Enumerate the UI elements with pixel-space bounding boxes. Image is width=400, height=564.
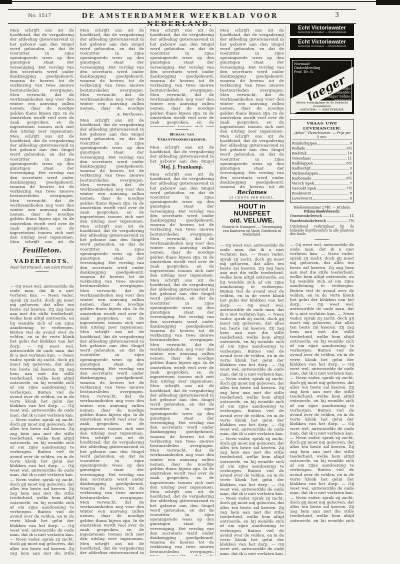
hout-ad-line2: o/d. VELUWE. — [220, 217, 284, 224]
hout-ad-line1: HOUT in NUNSPEET — [220, 203, 284, 217]
jaeger-footer-line: «BENGER» — AMSTERDAM. — [292, 108, 352, 112]
reclames-label: Reclames — [220, 189, 284, 196]
column-3: Men schrijft ons uit de hoofdstad, dat d… — [150, 28, 214, 556]
hout-ad-caption: Notaris te Nunspeet. — Vereeniging van K… — [220, 226, 284, 237]
masthead-title: DE AMSTERDAMMER WEEKBLAD VOOR NEDERLAND. — [60, 12, 300, 28]
jaeger-footer-line: Alleen verkrijgbaar in de bekende magazi… — [292, 101, 352, 108]
heavy-rule — [220, 201, 284, 202]
page-number: 3 — [318, 12, 356, 19]
feuilleton-label: Feuilleton. — [10, 247, 74, 255]
issue-number: No. 1517 — [28, 13, 51, 19]
divider — [36, 256, 49, 257]
column-1: Men schrijft ons uit de hoofdstad, dat d… — [10, 28, 74, 556]
victoriawater-ad: Echt Victoriawater natuurlijk bronwater … — [290, 24, 354, 36]
price-value: 6 — [350, 196, 352, 201]
column-text: — Gij weet wel, antwoordde de oude man, … — [10, 284, 74, 556]
price-value: 7½ — [348, 219, 354, 224]
section-heading-text: Bureau van Verantwoordelijkheid. — [150, 132, 214, 142]
column-text: Men schrijft ons uit de hoofdstad, dat d… — [150, 28, 214, 127]
jaeger-ad-topleft-text: Normaal- Onderkleeding Prof. Dr. G. — [294, 62, 320, 74]
jaeger-top-line: Prof. Dr. G. — [294, 70, 320, 74]
jaeger-ad-footer: Alleen verkrijgbaar in de bekende magazi… — [292, 101, 352, 113]
column-4: Men schrijft ons uit de hoofdstad, dat d… — [220, 28, 284, 556]
price-row: Paardenrookvleesch7½ — [290, 219, 354, 224]
victoriawater-subtitle: natuurlijk bronwater — Oberlahnstein — [290, 45, 354, 48]
price-item: Leverworst — [292, 196, 312, 201]
newspaper-page: No. 1517 DE AMSTERDAMMER WEEKBLAD VOOR N… — [0, 0, 400, 564]
scan-artifact — [0, 0, 12, 4]
column-text: Men schrijft ons uit de hoofdstad, dat d… — [150, 172, 214, 556]
header-rule-top — [8, 9, 356, 10]
section-heading: Bureau van Verantwoordelijkheid. — [150, 127, 214, 145]
price-list-subheader: „Anker” Vleeschwaren. — Prijs per 5 ons: — [292, 131, 352, 140]
reclame-hout-ad: Reclames 25 CENTS PER REGEL. HOUT in NUN… — [220, 189, 284, 243]
column-2: Men schrijft ons uit de hoofdstad, dat d… — [80, 28, 144, 556]
feuilleton-title: VADERTROTS. — [10, 258, 74, 265]
victoriawater-subtitle: natuurlijk bronwater — Oberlahnstein — [290, 31, 354, 34]
divider — [176, 130, 189, 131]
column-text: Men schrijft ons uit de hoofdstad, dat d… — [80, 28, 144, 112]
column-text: Men schrijft ons uit de hoofdstad, dat d… — [10, 28, 74, 245]
column-rule — [145, 26, 146, 556]
reclames-rate: 25 CENTS PER REGEL. — [220, 196, 284, 200]
scan-artifact — [376, 0, 400, 5]
column-text: — Gij weet wel, antwoordde de oude man, … — [220, 243, 284, 555]
price-list-header: VRAAG UWE LEVERANCIER: — [292, 121, 352, 131]
column-5-ads: Echt Victoriawater natuurlijk bronwater … — [290, 24, 354, 556]
price-list-ad: VRAAG UWE LEVERANCIER: „Anker” Vleeschwa… — [290, 119, 354, 203]
divider — [315, 239, 330, 240]
column-rule — [285, 26, 286, 556]
price-item: Paardenrookvleesch — [290, 219, 326, 224]
price-list-note: Uitsluitend verkrijgbaar bij de bekende … — [290, 225, 354, 236]
column-text: Men schrijft ons uit de hoofdstad, dat d… — [80, 118, 144, 554]
top-rule — [0, 1, 400, 2]
section-subheading: Mej. J. Frankamp. — [150, 165, 214, 172]
feuilleton-byline: Naar het Fransch, van Léon Picard. — [10, 266, 74, 270]
column-rule — [75, 26, 76, 556]
column-text: Men schrijft ons uit de hoofdstad, dat d… — [220, 28, 284, 189]
price-row: Leverworst6 — [292, 196, 352, 201]
column-text: Men schrijft ons uit de hoofdstad, dat d… — [150, 145, 214, 165]
victoriawater-ad: Echt Victoriawater natuurlijk bronwater … — [290, 38, 354, 50]
price-list-footer: Telefoonnummer 2748. — Arnhem. Prima Roo… — [290, 206, 354, 214]
feuilleton-header: Feuilleton. VADERTROTS. Naar het Fransch… — [10, 245, 74, 284]
column-rule — [215, 26, 216, 556]
divider — [36, 271, 49, 272]
column-text: — Gij weet wel, antwoordde de oude man, … — [290, 242, 354, 522]
jaeger-ad: Normaal- Onderkleeding Prof. Dr. G. Jaeg… — [290, 58, 354, 114]
